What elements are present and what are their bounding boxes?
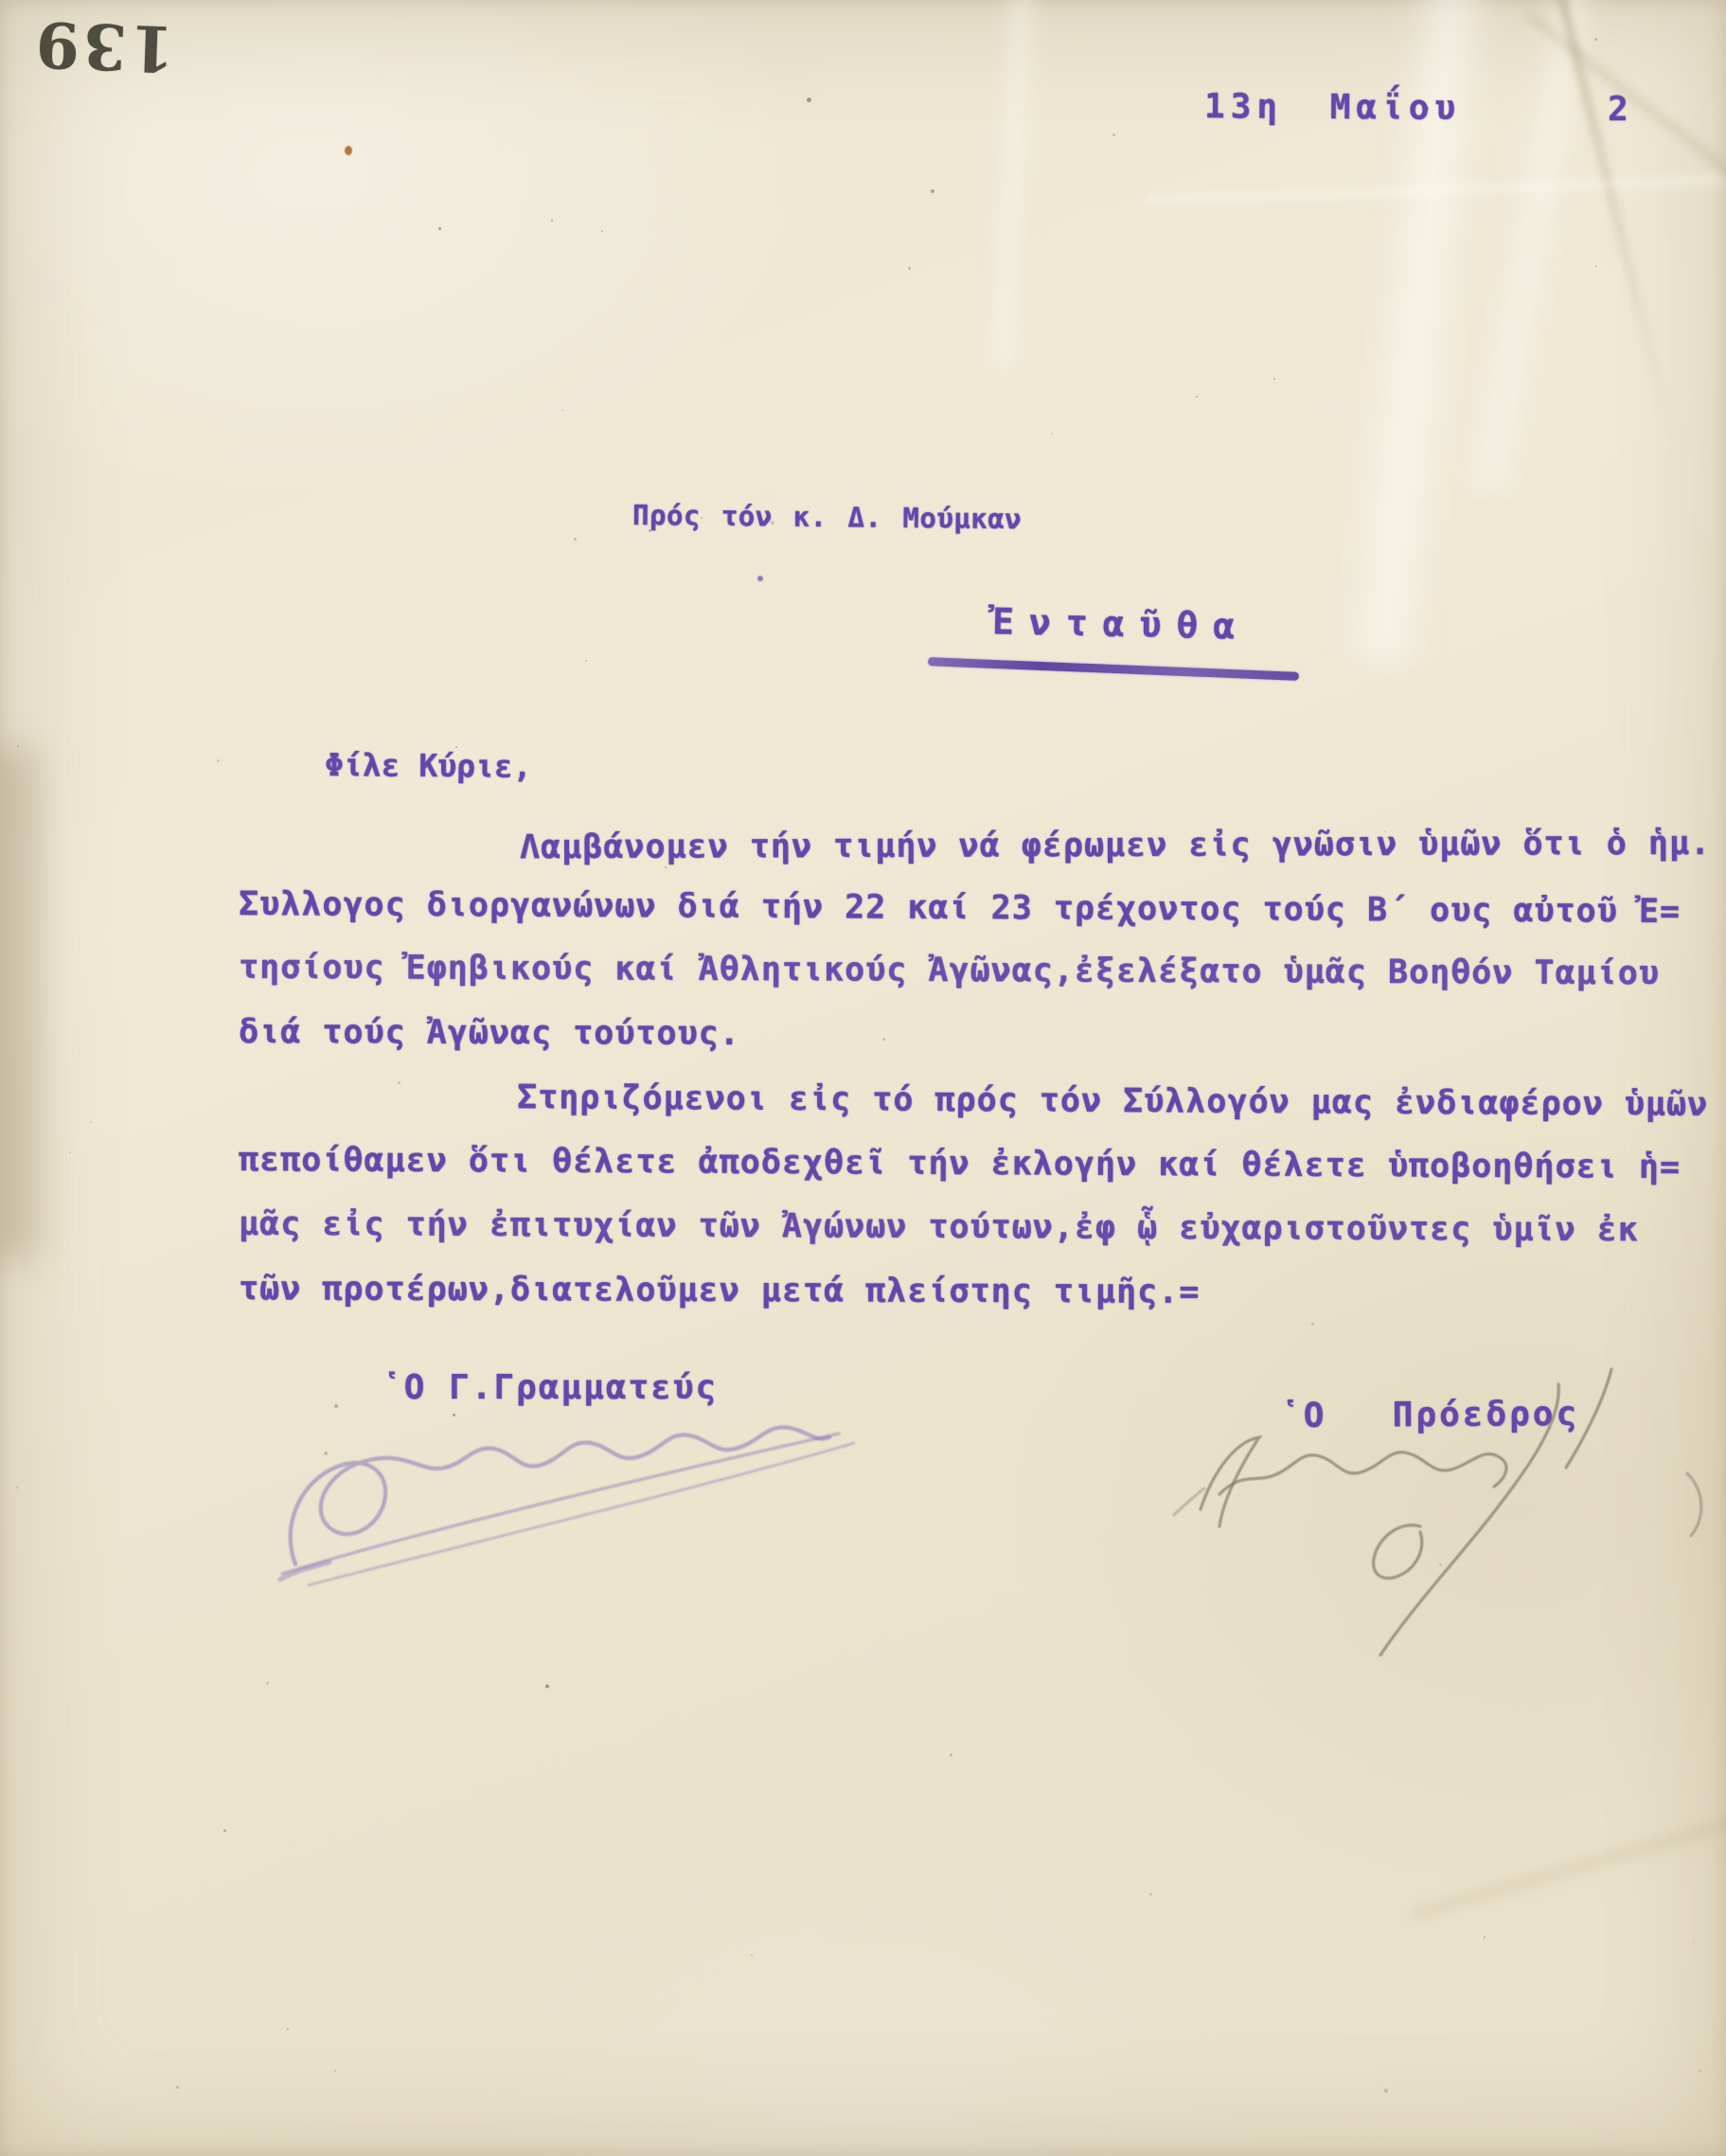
president-title: ῾Ο Πρόεδρος: [1280, 1398, 1579, 1434]
body-line: διά τούς Ἀγῶνας τούτους.: [239, 1016, 740, 1051]
date-text: 13η Μαΐου: [1204, 90, 1461, 126]
body-line: Συλλογος διοργανώνων διά τήν 22 καί 23 τ…: [239, 888, 1681, 929]
salutation: Φίλε Κύριε,: [325, 749, 532, 782]
secretary-title: ῾Ο Γ.Γραμματεύς: [382, 1371, 718, 1405]
recipient-line: Πρός τόν κ. Δ. Μούμκαν: [632, 502, 1022, 533]
ink-speck: [757, 576, 763, 581]
paper-stain: [345, 146, 352, 155]
location-underline: [928, 657, 1299, 681]
paper-crease: [0, 748, 38, 1259]
location-line: Ἐνταῦθα: [992, 603, 1251, 645]
body-line: Στηριζόμενοι εἰς τό πρός τόν Σύλλογόν μα…: [517, 1081, 1708, 1122]
paper-crease: [984, 0, 1042, 370]
body-line: μᾶς εἰς τήν ἐπιτυχίαν τῶν Ἀγώνων τούτων,…: [239, 1208, 1639, 1247]
body-line: τησίους Ἐφηβικούς καί Ἀθλητικούς Ἀγῶνας,…: [239, 952, 1660, 991]
paper-stain: [807, 98, 811, 102]
signatures-layer: [0, 0, 1726, 2156]
paper-crease: [1460, 0, 1608, 493]
paper-crease: [1408, 1801, 1726, 1919]
paper-crease: [1146, 177, 1723, 203]
body-line: τῶν προτέρων,διατελοῦμεν μετά πλείστης τ…: [239, 1273, 1200, 1310]
page-number: 2: [1608, 93, 1628, 127]
letter-page: 139 13η Μαΐου 2 Πρός τόν κ. Δ. Μούμκαν Ἐ…: [0, 0, 1726, 2156]
paper-crease: [1553, 0, 1677, 439]
secretary-signature: [280, 1427, 854, 1585]
body-line: πεποίθαμεν ὅτι θέλετε ἀποδεχθεῖ τήν ἐκλο…: [239, 1144, 1681, 1185]
body-line: Λαμβάνομεν τήν τιμήν νά φέρωμεν εἰς γνῶσ…: [520, 828, 1711, 864]
archive-number-stamp: 139: [31, 7, 175, 85]
